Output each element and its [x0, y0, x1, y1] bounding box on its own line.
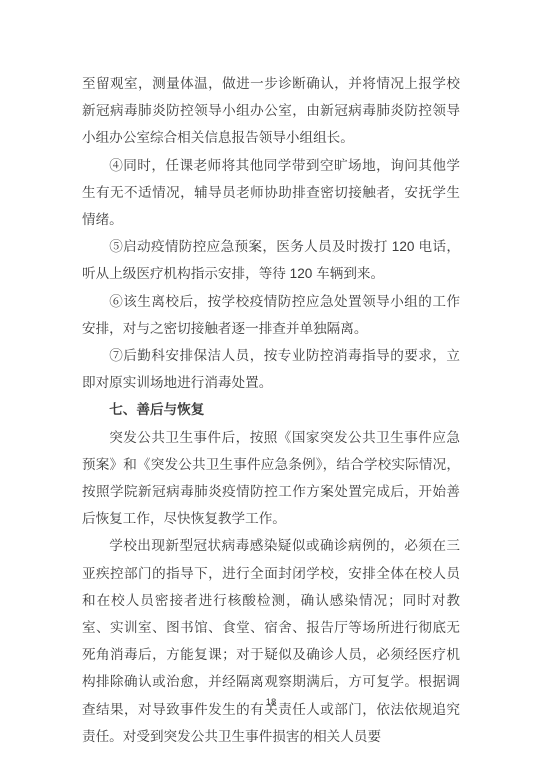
document-page: 至留观室，测量体温，做进一步诊断确认，并将情况上报学校新冠病毒肺炎防控领导小组办… — [0, 0, 542, 768]
paragraph-recovery-intro: 突发公共卫生事件后，按照《国家突发公共卫生事件应急预案》和《突发公共卫生事件应急… — [82, 424, 460, 533]
paragraph-step-5: ⑤启动疫情防控应急预案，医务人员及时拨打 120 电话，听从上级医疗机构指示安排… — [82, 233, 460, 287]
paragraph-step-4: ④同时，任课老师将其他同学带到空旷场地，询问其他学生有无不适情况，辅导员老师协助… — [82, 152, 460, 234]
paragraph-recovery-detail: 学校出现新型冠状病毒感染疑似或确诊病例的，必须在三亚疾控部门的指导下，进行全面封… — [82, 532, 460, 750]
paragraph-continuation: 至留观室，测量体温，做进一步诊断确认，并将情况上报学校新冠病毒肺炎防控领导小组办… — [82, 70, 460, 152]
document-body: 至留观室，测量体温，做进一步诊断确认，并将情况上报学校新冠病毒肺炎防控领导小组办… — [82, 70, 460, 750]
page-number: 18 — [0, 697, 542, 708]
section-heading-aftermath-recovery: 七、善后与恢复 — [82, 396, 460, 423]
paragraph-step-6: ⑥该生离校后，按学校疫情防控应急处置领导小组的工作安排，对与之密切接触者逐一排查… — [82, 288, 460, 342]
paragraph-step-7: ⑦后勤科安排保洁人员，按专业防控消毒指导的要求，立即对原实训场地进行消毒处置。 — [82, 342, 460, 396]
